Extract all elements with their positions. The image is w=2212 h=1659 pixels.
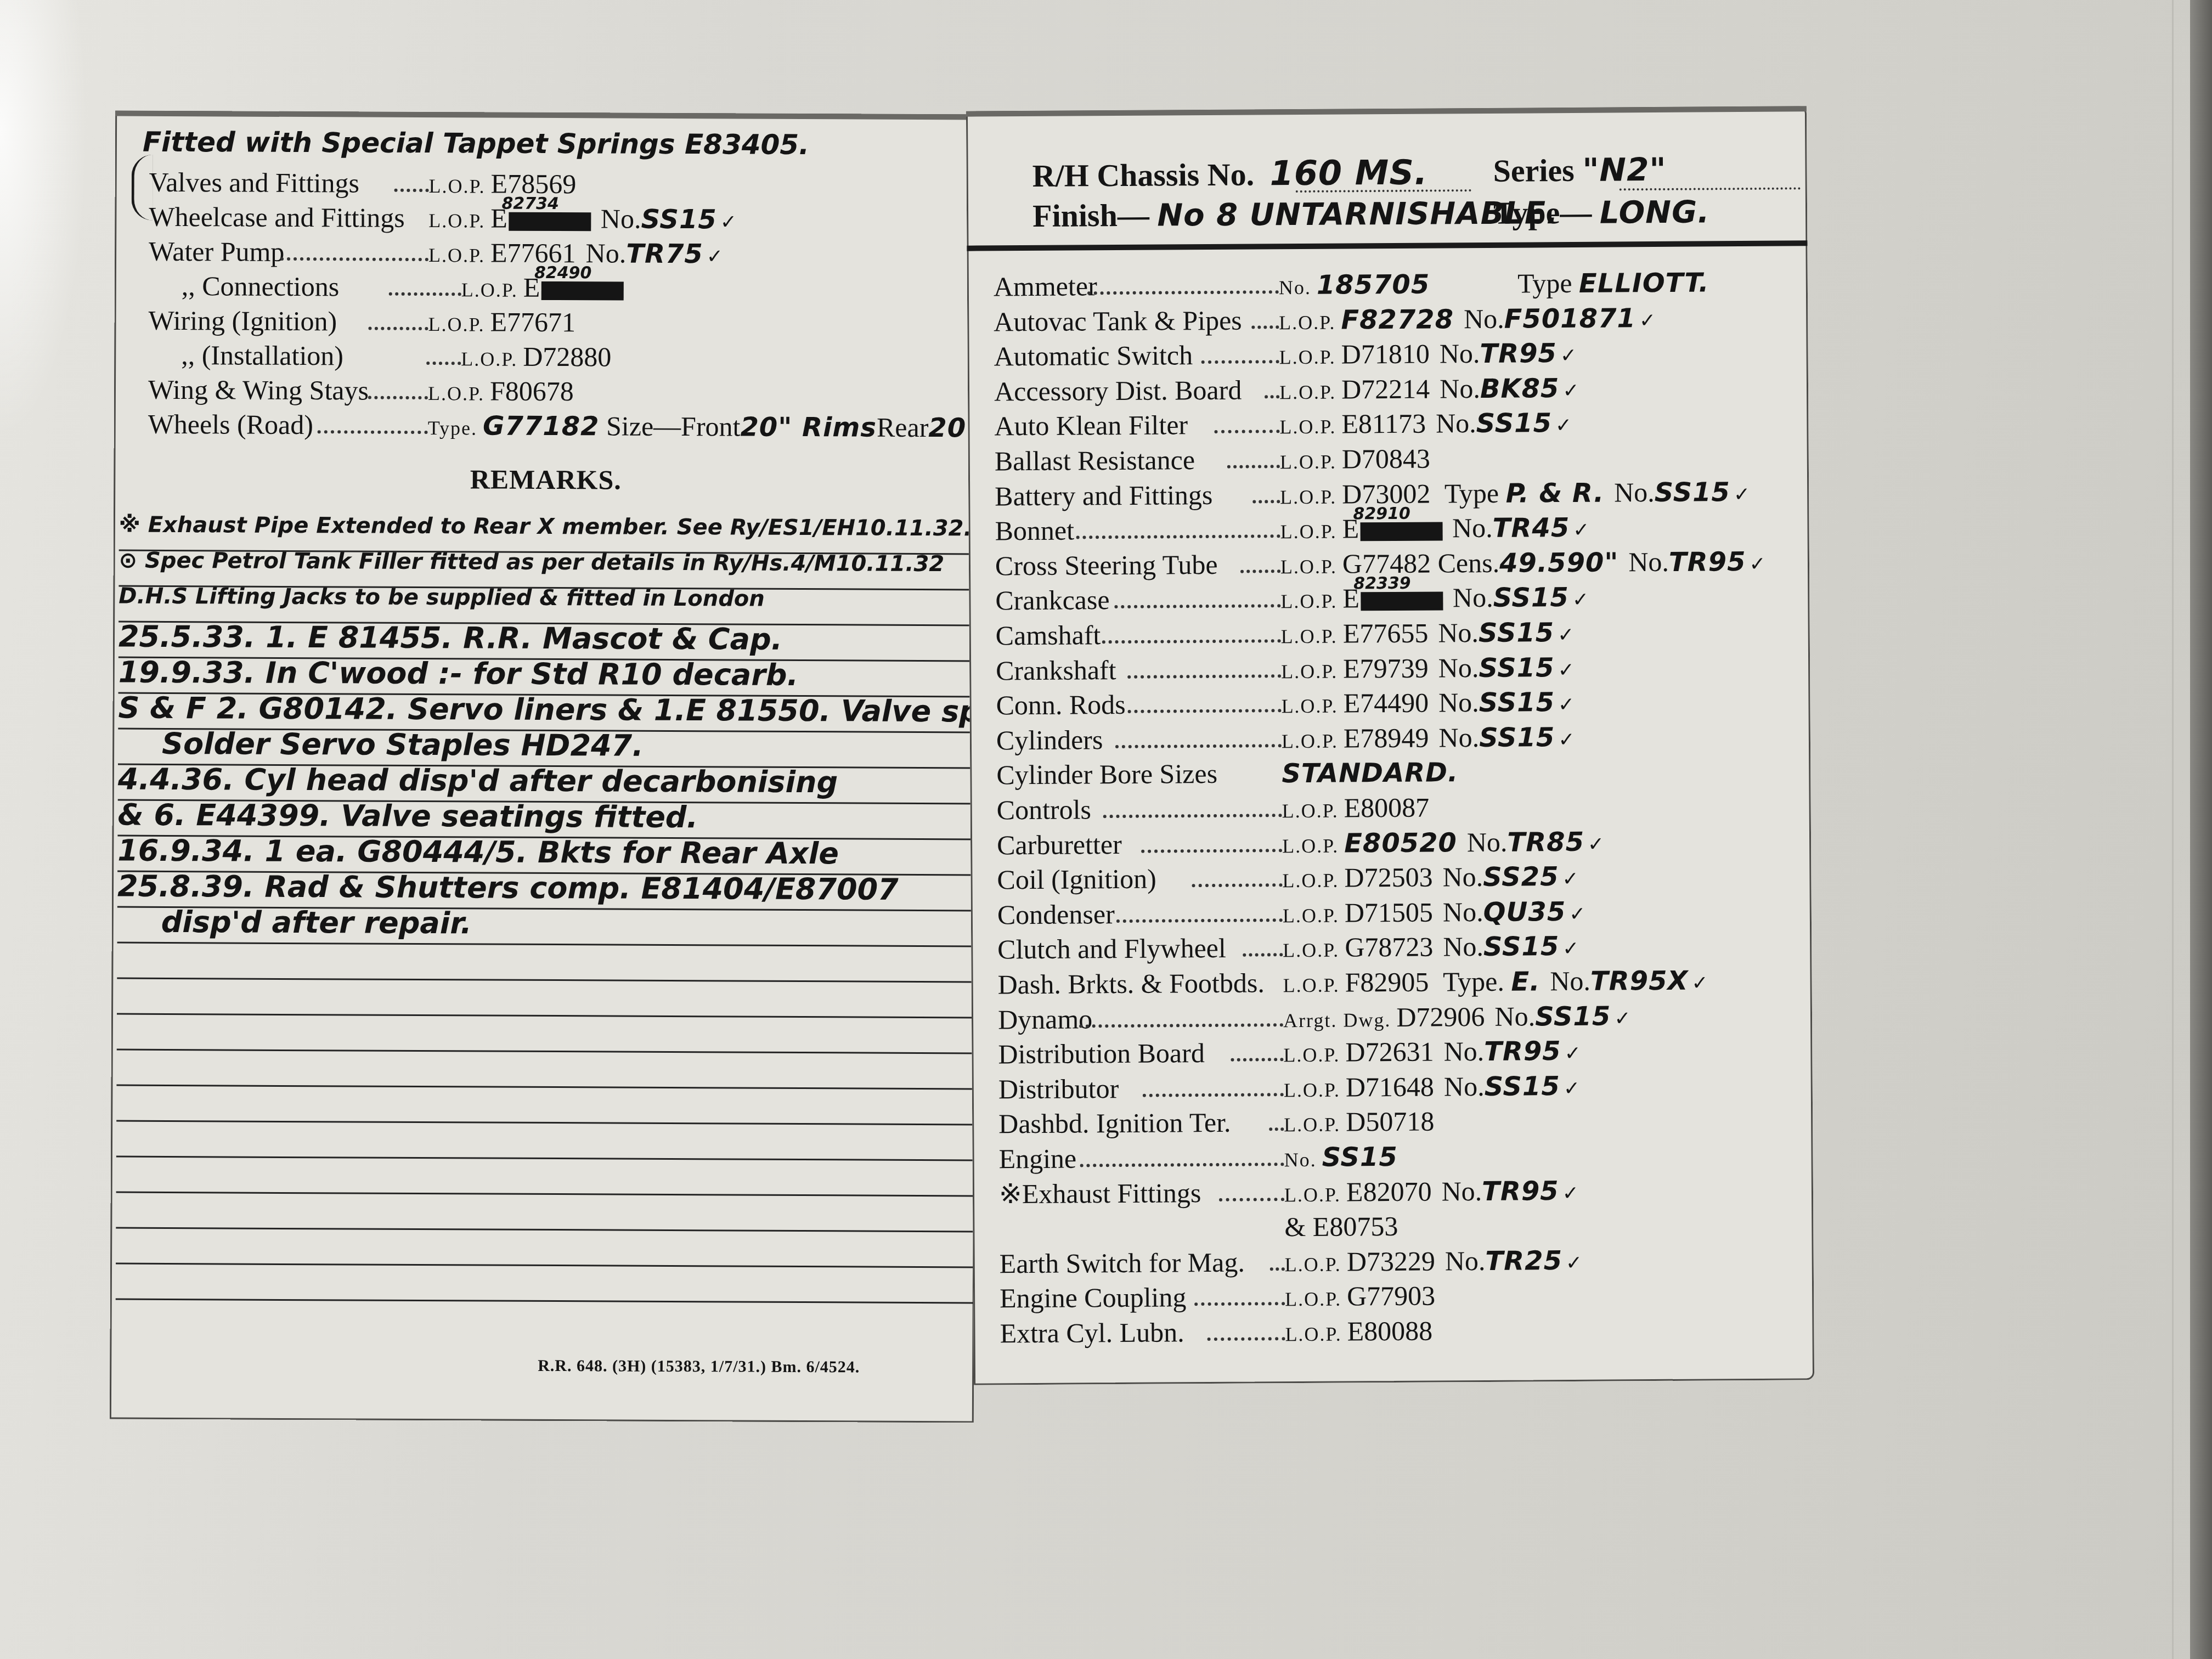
number-label: No.	[1614, 477, 1655, 507]
parts-row: Wing & Wing StaysL.O.P.F80678	[148, 373, 574, 410]
ref-value: G78723	[1345, 932, 1433, 963]
number-value: SS15	[1535, 1001, 1611, 1032]
leader-dots	[1116, 918, 1283, 923]
check-mark-icon: ✓	[1562, 1182, 1579, 1205]
ref-value: D73229	[1347, 1245, 1435, 1277]
ref-value: & E80753	[1284, 1211, 1398, 1242]
remark-line: ※ Exhaust Pipe Extended to Rear X member…	[119, 512, 972, 541]
ref-type: L.O.P.	[1282, 834, 1339, 857]
number-label: No.	[1440, 373, 1480, 404]
number-label: No.	[1494, 1001, 1535, 1031]
number-label: No.	[1443, 896, 1483, 927]
ref-type: L.O.P.	[1283, 904, 1339, 927]
leader-dots	[1076, 534, 1280, 539]
parts-row: Water PumpL.O.P.E77661No.TR75✓	[149, 235, 723, 274]
ref-type: L.O.P.	[1284, 1079, 1340, 1101]
ref-value: D72214	[1341, 373, 1430, 404]
part-label	[999, 1236, 1284, 1238]
leader-dots	[1128, 709, 1282, 713]
ref-value: E77671	[490, 307, 575, 338]
part-label: Engine	[998, 1141, 1284, 1175]
ruled-line	[116, 1156, 975, 1161]
part-label: Automatic Switch	[994, 338, 1279, 373]
type-label: Type	[1438, 477, 1506, 509]
part-label: Camshaft	[996, 617, 1281, 652]
ref-type: Arrgt. Dwg.	[1283, 1009, 1391, 1031]
number-value: TR95	[1484, 1036, 1561, 1067]
number-label: No.	[586, 238, 627, 268]
remark-line: disp'd after repair.	[161, 905, 472, 940]
page-top-edge	[966, 106, 1807, 116]
number-value: SS15	[1479, 652, 1555, 684]
check-mark-icon: ✓	[1588, 833, 1604, 855]
number-value: TR95	[1480, 338, 1557, 369]
ref-type: L.O.P.	[428, 210, 485, 232]
part-label: Conn. Rods	[996, 687, 1281, 721]
parts-row: Extra Cyl. Lubn.L.O.P.E80088	[1000, 1314, 1432, 1353]
part-label: Autovac Tank & Pipes	[994, 303, 1279, 338]
ref-type: L.O.P.	[429, 175, 486, 197]
ref-type: L.O.P.	[1284, 1183, 1341, 1206]
leader-dots	[1252, 500, 1280, 503]
part-label: ,, Connections	[182, 269, 461, 303]
number-label: No.	[1443, 931, 1483, 962]
check-mark-icon: ✓	[1639, 309, 1656, 332]
number-label: No.	[1438, 617, 1479, 648]
number-label: No.	[1436, 408, 1476, 438]
ruled-line	[116, 1120, 975, 1126]
leader-dots	[1103, 814, 1282, 818]
ref-value: D70843	[1342, 443, 1430, 475]
rear-label: Rear	[877, 412, 929, 443]
chassis-header: R/H Chassis No. 160 MS.	[1032, 153, 1427, 195]
number-label: No.	[1444, 1071, 1485, 1102]
number-label: No.	[601, 203, 641, 234]
number-value: F501871	[1504, 303, 1637, 334]
number-value: SS15	[1476, 408, 1553, 439]
part-label: Distribution Board	[998, 1036, 1283, 1070]
chassis-label: R/H Chassis No.	[1032, 156, 1254, 193]
type-value: LONG.	[1600, 194, 1710, 230]
leader-dots	[1240, 569, 1280, 573]
parts-row: ※Exhaust FittingsL.O.P.E82070No.TR95✓	[999, 1174, 1579, 1214]
leader-dots	[318, 430, 428, 434]
number-value: TR95	[1669, 546, 1746, 578]
parts-row: Coil (Ignition)L.O.P.D72503No.SS25✓	[997, 860, 1579, 899]
check-mark-icon: ✓	[707, 245, 723, 268]
leader-dots	[426, 362, 461, 365]
ruled-line	[117, 942, 976, 947]
leader-dots	[1270, 1267, 1285, 1271]
check-mark-icon: ✓	[1558, 659, 1574, 681]
part-label: Cross Steering Tube	[995, 548, 1280, 582]
parts-row: DynamoArrgt. Dwg.D72906No.SS15✓	[998, 999, 1631, 1039]
ref-type: L.O.P.	[1280, 451, 1336, 473]
corrected-ref: E82490	[523, 271, 624, 304]
leader-dots	[1201, 360, 1279, 364]
ref-type: L.O.P.	[1282, 870, 1339, 892]
check-mark-icon: ✓	[1555, 414, 1572, 437]
check-mark-icon: ✓	[1564, 1077, 1580, 1100]
ref-value: E80088	[1347, 1316, 1432, 1347]
number-label: No.	[1464, 303, 1504, 334]
ref-value: E80087	[1344, 792, 1430, 823]
number-value: TR95X	[1590, 966, 1689, 997]
finish-label: Finish—	[1032, 198, 1149, 234]
number-label: No.	[1441, 1176, 1482, 1206]
part-label: Controls	[997, 792, 1282, 826]
part-label: Bonnet	[995, 512, 1280, 547]
check-mark-icon: ✓	[1566, 1252, 1582, 1274]
ref-correction: 82734	[501, 188, 559, 221]
parts-row: Cylinder Bore SizesSTANDARD.	[996, 756, 1458, 792]
parts-row: Clutch and FlywheelL.O.P.G78723No.SS15✓	[997, 929, 1579, 969]
binder-edge	[2190, 0, 2212, 1659]
parts-row: BonnetL.O.P.E82910No.TR45✓	[995, 511, 1589, 551]
number-value: SS25	[1483, 861, 1559, 893]
part-label: Auto Klean Filter	[994, 408, 1279, 443]
number-label: No.	[1445, 1245, 1486, 1276]
type-header: Type— LONG.	[1493, 193, 1710, 231]
parts-row: CrankcaseL.O.P.E82339No.SS15✓	[995, 580, 1589, 620]
part-label: Coil (Ignition)	[997, 861, 1282, 896]
parts-row: Wheelcase and FittingsL.O.P.E82734No.SS1…	[149, 200, 737, 239]
ref-type: L.O.P.	[1283, 1044, 1340, 1066]
check-mark-icon: ✓	[720, 211, 737, 233]
number-label: No.	[1442, 861, 1483, 892]
number-value: SS15	[1479, 687, 1555, 718]
part-label: Dashbd. Ignition Ter.	[998, 1106, 1284, 1141]
part-label: ※Exhaust Fittings	[999, 1176, 1284, 1210]
light-glare	[0, 0, 88, 439]
ref-type: L.O.P.	[1280, 590, 1337, 613]
number-value: SS15	[1479, 722, 1555, 753]
ref-type: L.O.P.	[1284, 1114, 1340, 1136]
number-label: No.	[1440, 338, 1480, 369]
ruled-line	[116, 1299, 974, 1304]
series-label: Series	[1493, 153, 1575, 189]
sleeve-edge	[2172, 0, 2174, 1659]
leader-dots	[1214, 430, 1279, 434]
part-label: Wing & Wing Stays	[148, 373, 428, 407]
number-value: SS15	[641, 204, 716, 235]
ref-value: E80520	[1344, 827, 1457, 859]
ref-value: E82070	[1346, 1176, 1432, 1207]
ref-type: L.O.P.	[1279, 311, 1335, 334]
leader-dots	[1269, 1128, 1284, 1131]
ref-value: D71648	[1346, 1071, 1434, 1102]
ref-value: 185705	[1317, 269, 1430, 301]
tappet-springs-note: Fitted with Special Tappet Springs E8340…	[143, 126, 809, 161]
leader-dots	[389, 292, 461, 296]
check-mark-icon: ✓	[1614, 1007, 1630, 1030]
ref-type: L.O.P.	[1282, 730, 1338, 752]
type-label: Type.	[1436, 966, 1511, 997]
ruled-line	[117, 1049, 975, 1054]
ref-value: SS15	[1322, 1142, 1398, 1173]
parts-row: CondenserL.O.P.D71505No.QU35✓	[997, 895, 1586, 935]
number-label: No.	[1438, 722, 1479, 753]
ref-value: E77655	[1343, 618, 1429, 649]
part-label: Valves and Fittings	[149, 166, 429, 200]
number-value: SS15	[1655, 477, 1731, 508]
leader-dots	[1192, 883, 1283, 887]
number-label: No.	[1438, 652, 1479, 683]
parts-row: CarburetterL.O.P.E80520No.TR85✓	[997, 825, 1604, 865]
leader-dots	[1251, 325, 1279, 329]
number-value: SS15	[1484, 1071, 1560, 1102]
series-header: Series "N2"	[1493, 151, 1666, 189]
parts-row: Ballast ResistanceL.O.P.D70843	[995, 442, 1431, 481]
ref-type: L.O.P.	[461, 348, 517, 370]
leader-dots	[1207, 1337, 1285, 1341]
ref-value: G77903	[1347, 1280, 1435, 1312]
part-label: Cylinder Bore Sizes	[996, 757, 1282, 792]
number-value: TR75	[626, 239, 703, 270]
ruled-line	[116, 1085, 975, 1090]
ref-value: F80678	[490, 376, 574, 407]
parts-row: CrankshaftL.O.P.E79739No.SS15✓	[996, 651, 1575, 690]
leader-dots	[1087, 290, 1279, 295]
ref-value: D50718	[1346, 1106, 1434, 1137]
part-label: Condenser	[997, 896, 1283, 931]
part-label: Ballast Resistance	[995, 443, 1280, 477]
parts-row: Dashbd. Ignition Ter.L.O.P.D50718	[998, 1105, 1435, 1143]
parts-row: Engine CouplingL.O.P.G77903	[1000, 1279, 1436, 1318]
ref-type: L.O.P.	[1285, 1323, 1341, 1346]
ref-value: E78949	[1344, 722, 1429, 753]
ref-correction: 82490	[534, 257, 592, 290]
remark-line: & 6. E44399. Valve seatings fitted.	[117, 798, 698, 835]
parts-row: EngineNo.SS15	[998, 1140, 1398, 1178]
ref-type: L.O.P.	[1281, 660, 1338, 682]
front-size: 20" Rims	[740, 412, 877, 443]
leader-dots	[1079, 1023, 1283, 1028]
check-mark-icon: ✓	[1734, 483, 1750, 506]
part-label: Cylinders	[996, 722, 1282, 757]
form-footer-code: R.R. 648. (3H) (15383, 1/7/31.) Bm. 6/45…	[538, 1357, 860, 1377]
parts-row: ControlsL.O.P.E80087	[997, 791, 1430, 830]
cens-label: Cens.	[1431, 548, 1499, 579]
type-value: P. & R.	[1506, 477, 1605, 509]
part-label: Carburetter	[997, 827, 1282, 861]
part-label: Clutch and Flywheel	[997, 932, 1283, 966]
ref-type: L.O.P.	[428, 313, 484, 335]
ref-correction: 82910	[1353, 498, 1410, 531]
ref-type: L.O.P.	[1283, 939, 1339, 962]
part-label: Engine Coupling	[1000, 1280, 1285, 1315]
part-label: Ammeter	[994, 268, 1279, 303]
leader-dots	[1114, 605, 1280, 609]
leader-dots	[280, 257, 428, 261]
ref-type: L.O.P.	[1283, 974, 1340, 997]
parts-row: CamshaftL.O.P.E77655No.SS15✓	[996, 616, 1575, 655]
leader-dots	[1102, 639, 1281, 644]
ruled-line	[117, 978, 975, 983]
finish-header: Finish— No 8 UNTARNISHABLE.	[1032, 194, 1559, 234]
ref-value: E81173	[1341, 408, 1426, 439]
ref-type: L.O.P.	[1279, 381, 1336, 403]
parts-row: Conn. RodsL.O.P.E74490No.SS15✓	[996, 685, 1575, 725]
chassis-number: 160 MS.	[1269, 153, 1427, 194]
check-mark-icon: ✓	[1749, 553, 1765, 575]
part-label: Crankshaft	[996, 652, 1281, 687]
leader-dots	[1231, 1058, 1283, 1062]
ref-value: STANDARD.	[1282, 758, 1458, 789]
corrected-ref: E82339	[1342, 582, 1443, 615]
ref-value: F82728	[1341, 304, 1454, 335]
leader-dots	[1265, 395, 1279, 398]
ref-type: No.	[1284, 1149, 1316, 1171]
number-label: No.	[1453, 582, 1493, 613]
ref-type: L.O.P.	[1285, 1288, 1341, 1311]
part-label: Extra Cyl. Lubn.	[1000, 1315, 1285, 1350]
type-value: E.	[1511, 966, 1540, 997]
left-page: Fitted with Special Tappet Springs E8340…	[110, 111, 979, 1423]
series-dots	[1620, 187, 1801, 190]
corrected-ref: E82734	[490, 202, 591, 235]
leader-dots	[1115, 744, 1282, 748]
type-value: ELLIOTT.	[1579, 267, 1709, 298]
number-label: No.	[1628, 546, 1669, 577]
parts-row: & E80753	[999, 1210, 1398, 1245]
ref-type: L.O.P.	[1285, 1253, 1341, 1276]
number-value: BK85	[1480, 373, 1560, 404]
corrected-ref: E82910	[1342, 512, 1442, 545]
leader-dots	[1227, 465, 1280, 469]
ref-type: L.O.P.	[428, 244, 485, 266]
parts-row: Wheels (Road)Type.G77182 Size—Front20" R…	[148, 408, 1065, 447]
part-label: Distributor	[998, 1071, 1284, 1105]
type-label: Type	[1517, 268, 1579, 299]
parts-row: Wiring (Ignition)L.O.P.E77671	[148, 304, 575, 341]
parts-row: ,, (Installation)L.O.P.D72880	[181, 338, 611, 376]
check-mark-icon: ✓	[1562, 380, 1579, 402]
ref-value: D72880	[523, 341, 611, 373]
ref-value: D72503	[1344, 862, 1432, 893]
ref-value: D72631	[1345, 1036, 1434, 1068]
part-label: Water Pump	[149, 235, 428, 269]
ref-type: L.O.P.	[1280, 555, 1337, 578]
parts-row: Earth Switch for Mag.L.O.P.D73229No.TR25…	[1000, 1244, 1583, 1283]
parts-row: Dash. Brkts. & Footbds.L.O.P.F82905 Type…	[997, 963, 1708, 1004]
part-label: Accessory Dist. Board	[994, 373, 1279, 408]
ref-value: D72906	[1396, 1001, 1485, 1032]
parts-row: DistributorL.O.P.D71648No.SS15✓	[998, 1069, 1581, 1109]
check-mark-icon: ✓	[1558, 693, 1575, 716]
leader-dots	[1219, 1198, 1284, 1201]
ruled-line	[116, 1192, 975, 1197]
remark-line: Solder Servo Staples HD247.	[162, 726, 644, 763]
part-label: Wiring (Ignition)	[148, 304, 428, 338]
check-mark-icon: ✓	[1562, 938, 1579, 960]
part-label: Earth Switch for Mag.	[1000, 1245, 1285, 1280]
type-label: Type—	[1493, 195, 1592, 231]
check-mark-icon: ✓	[1569, 903, 1585, 926]
parts-row: ,, ConnectionsL.O.P.E82490	[182, 269, 624, 307]
leader-dots	[1127, 674, 1281, 679]
leader-dots	[394, 189, 429, 192]
ref-type: L.O.P.	[1282, 800, 1339, 822]
part-label: Battery and Fittings	[995, 478, 1280, 512]
check-mark-icon: ✓	[1572, 589, 1589, 611]
right-page: R/H Chassis No. 160 MS. Series "N2" Fini…	[966, 106, 1814, 1385]
ref-type: L.O.P.	[1280, 486, 1336, 508]
check-mark-icon: ✓	[1573, 519, 1589, 541]
page-top-edge	[115, 111, 979, 120]
part-label: Crankcase	[995, 583, 1280, 617]
ref-correction: 82339	[1353, 567, 1411, 601]
check-mark-icon: ✓	[1560, 345, 1577, 367]
check-mark-icon: ✓	[1565, 1042, 1581, 1065]
ref-type: L.O.P.	[1279, 346, 1336, 369]
leader-dots	[1194, 1302, 1285, 1306]
cens-value: 49.590"	[1499, 547, 1619, 578]
size-label: Size—Front	[599, 410, 740, 442]
ruled-line	[117, 1013, 975, 1019]
part-label: Wheelcase and Fittings	[149, 200, 428, 234]
part-label: Dynamo	[998, 1001, 1283, 1036]
parts-row: Auto Klean FilterL.O.P.E81173No.SS15✓	[994, 406, 1572, 445]
header-rule	[967, 240, 1807, 251]
parts-row: Accessory Dist. BoardL.O.P.D72214No.BK85…	[994, 371, 1579, 411]
number-value: TR45	[1493, 512, 1570, 544]
check-mark-icon: ✓	[1691, 972, 1708, 994]
ref-value: E74490	[1343, 687, 1429, 719]
leader-dots	[1143, 1093, 1284, 1097]
number-value: QU35	[1483, 896, 1566, 928]
remarks-title: REMARKS.	[114, 462, 978, 498]
ref-value: D71810	[1341, 338, 1430, 370]
number-label: No.	[1550, 966, 1590, 996]
ref-type: L.O.P.	[1279, 416, 1336, 438]
ref-type: Type.	[428, 417, 478, 439]
leader-dots	[368, 327, 428, 330]
parts-row: CylindersL.O.P.E78949No.SS15✓	[996, 720, 1575, 760]
ref-value: G77182	[483, 411, 600, 442]
number-value: TR95	[1482, 1176, 1559, 1207]
parts-row: Automatic SwitchL.O.P.D71810No.TR95✓	[994, 336, 1577, 376]
parts-row: Autovac Tank & PipesL.O.P.F82728No.F5018…	[994, 301, 1656, 341]
ref-value: E79739	[1343, 652, 1429, 684]
part-label: Wheels (Road)	[148, 408, 428, 442]
part-label: ,, (Installation)	[181, 338, 461, 373]
ref-type: L.O.P.	[1281, 695, 1338, 718]
series-value: "N2"	[1582, 151, 1667, 189]
check-mark-icon: ✓	[1562, 868, 1578, 890]
ref-type: L.O.P.	[428, 382, 484, 404]
leader-dots	[1243, 953, 1283, 957]
number-label: No.	[1452, 512, 1493, 543]
number-label: No.	[1443, 1036, 1484, 1066]
number-value: TR85	[1507, 826, 1584, 857]
leader-dots	[368, 396, 428, 399]
leader-dots	[1080, 1163, 1284, 1167]
parts-row: Distribution BoardL.O.P.D72631No.TR95✓	[998, 1034, 1581, 1074]
number-value: TR25	[1485, 1245, 1562, 1277]
check-mark-icon: ✓	[1558, 729, 1575, 751]
ruled-line	[116, 1263, 974, 1268]
ref-value: F82905	[1345, 967, 1429, 998]
number-value: SS15	[1479, 617, 1555, 648]
leader-dots	[1141, 849, 1282, 853]
parts-row: AmmeterNo.185705Type ELLIOTT.	[994, 266, 1709, 306]
ref-type: L.O.P.	[1281, 625, 1338, 648]
number-value: SS15	[1483, 932, 1560, 963]
check-mark-icon: ✓	[1558, 624, 1574, 646]
ref-type: No.	[1279, 276, 1311, 298]
number-label: No.	[1467, 826, 1508, 857]
